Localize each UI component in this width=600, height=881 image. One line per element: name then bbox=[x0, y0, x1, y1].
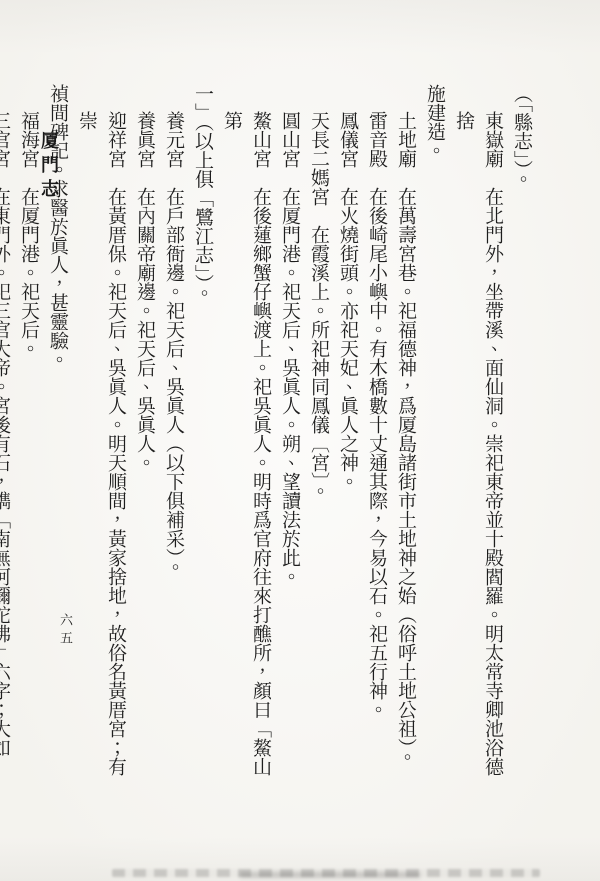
scan-artifact bbox=[240, 872, 420, 878]
continuation-column: 禎間碑記。求醫於眞人，甚靈驗。 bbox=[43, 84, 72, 792]
entry-column-leiyindian: 雷音殿 在後崎尾小嶼中。有木橋數十丈通其際，今易以石。祀五行神。 bbox=[362, 84, 391, 792]
entry-column-fuhaigong: 福海宮 在厦門港。祀天后。 bbox=[14, 84, 43, 792]
continuation-column: 施建造。 bbox=[420, 84, 449, 792]
entry-column-yingxianggong: 迎祥宮 在黃厝保。祀天后、吳眞人。明天順間，黃家捨地，故俗名黃厝宮；有崇 bbox=[72, 84, 130, 792]
scanned-book-page: 厦門志 六五 （「縣志」）。 東嶽廟 在北門外，坐帶溪、面仙洞。崇祀東帝並十殿閻… bbox=[0, 0, 600, 881]
entry-column-aoshangong: 鰲山宮 在後蓮鄉蟹仔嶼渡上。祀吳眞人。明時爲官府往來打醮所，顏曰「鰲山第 bbox=[217, 84, 275, 792]
entry-column-fengyigong: 鳳儀宮 在火燒街頭。亦祀天妃、眞人之神。 bbox=[333, 84, 362, 792]
entry-column-yuanshangong: 圓山宮 在厦門港。祀天后、吳眞人。朔、望讀法於此。 bbox=[275, 84, 304, 792]
entry-column-dongyuemiao: 東嶽廟 在北門外，坐帶溪、面仙洞。崇祀東帝並十殿閻羅。明太常寺卿池浴德捨 bbox=[449, 84, 507, 792]
continuation-column: 一」（以上俱「鷺江志」）。 bbox=[188, 84, 217, 792]
main-text-block: （「縣志」）。 東嶽廟 在北門外，坐帶溪、面仙洞。崇祀東帝並十殿閻羅。明太常寺卿… bbox=[0, 84, 536, 798]
entry-column-yangyuangong: 養元宮 在戶部衙邊。祀天后、吳眞人（以下俱補采）。 bbox=[159, 84, 188, 792]
entry-column-tianchangermagong: 天長二媽宮 在霞溪上。所祀神同鳳儀〔宮〕。 bbox=[304, 84, 333, 792]
continuation-column: （「縣志」）。 bbox=[507, 84, 536, 792]
entry-column-tudimiao: 土地廟 在萬壽宮巷。祀福德神，爲厦島諸街市土地神之始（俗呼土地公祖）。 bbox=[391, 84, 420, 792]
entry-column-yangzhengong: 養眞宮 在內關帝廟邊。祀天后、吳眞人。 bbox=[130, 84, 159, 792]
entry-column-sanguangong: 三官宮 在東門外。祀三官大帝。宮後有石，鐫「南無阿彌陀佛」六字；大如斗， bbox=[0, 84, 14, 792]
